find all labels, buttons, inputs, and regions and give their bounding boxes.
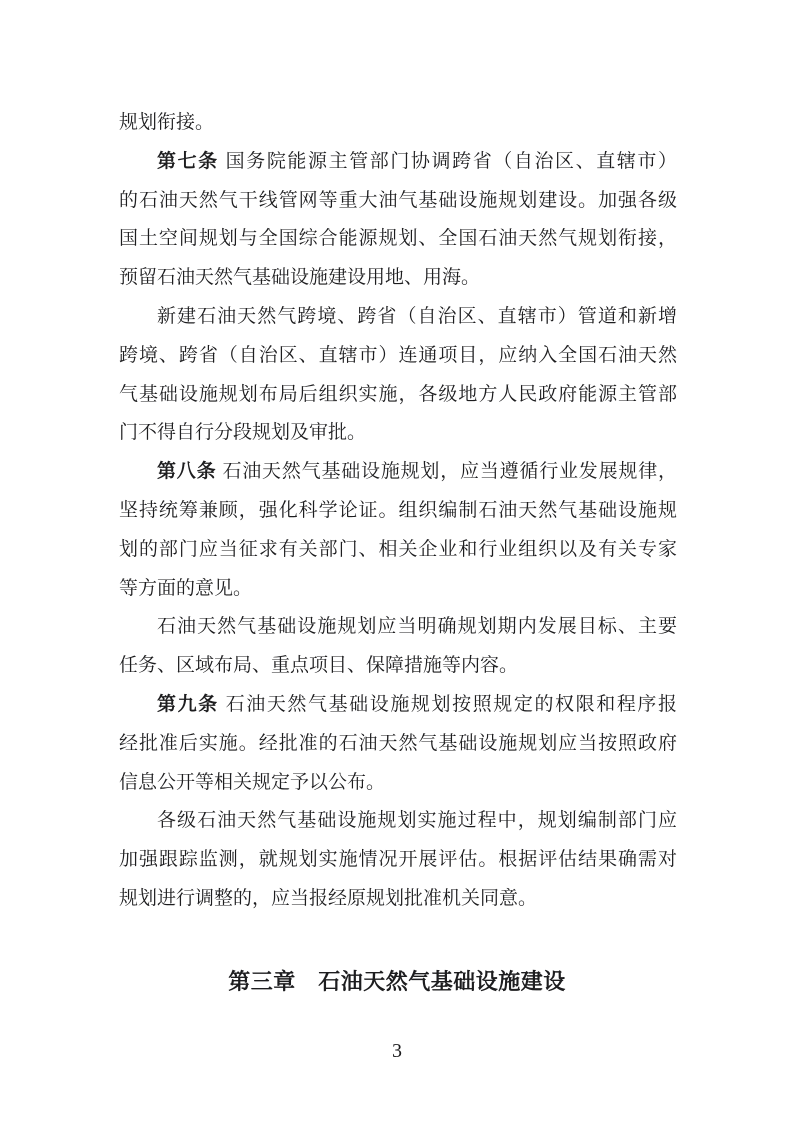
text-line: 第八条 石油天然气基础设施规划，应当遵循行业发展规律， (119, 453, 677, 492)
text-line: 等方面的意见。 (119, 570, 677, 609)
paragraph: 规划衔接。 (119, 104, 677, 143)
text-line: 的石油天然气干线管网等重大油气基础设施规划建设。加强各级 (119, 182, 677, 221)
text-line: 第七条 国务院能源主管部门协调跨省（自治区、直辖市） (119, 143, 677, 182)
paragraph: 石油天然气基础设施规划应当明确规划期内发展目标、主要任务、区域布局、重点项目、保… (119, 608, 677, 686)
text-segment: 新建石油天然气跨境、跨省（自治区、直辖市）管道和新增 (157, 306, 677, 327)
article-number: 第九条 (157, 694, 226, 715)
text-segment: 信息公开等相关规定予以公布。 (119, 772, 385, 793)
text-segment: 石油天然气基础设施规划应当明确规划期内发展目标、主要 (157, 616, 677, 637)
text-line: 规划衔接。 (119, 104, 677, 143)
chapter-heading: 第三章 石油天然气基础设施建设 (0, 962, 794, 1002)
text-line: 信息公开等相关规定予以公布。 (119, 764, 677, 803)
text-line: 任务、区域布局、重点项目、保障措施等内容。 (119, 647, 677, 686)
text-segment: 各级石油天然气基础设施规划实施过程中，规划编制部门应 (157, 810, 677, 831)
text-segment: 预留石油天然气基础设施建设用地、用海。 (119, 267, 480, 288)
text-segment: 国务院能源主管部门协调跨省（自治区、直辖市） (226, 151, 677, 172)
text-line: 划的部门应当征求有关部门、相关企业和行业组织以及有关专家 (119, 531, 677, 570)
text-line: 预留石油天然气基础设施建设用地、用海。 (119, 259, 677, 298)
text-segment: 石油天然气基础设施规划按照规定的权限和程序报 (226, 694, 677, 715)
text-line: 跨境、跨省（自治区、直辖市）连通项目，应纳入全国石油天然 (119, 337, 677, 376)
text-line: 加强跟踪监测，就规划实施情况开展评估。根据评估结果确需对 (119, 841, 677, 880)
paragraph: 新建石油天然气跨境、跨省（自治区、直辖市）管道和新增跨境、跨省（自治区、直辖市）… (119, 298, 677, 453)
page-number: 3 (0, 1036, 794, 1066)
paragraph: 第七条 国务院能源主管部门协调跨省（自治区、直辖市）的石油天然气干线管网等重大油… (119, 143, 677, 298)
article-number: 第八条 (157, 461, 222, 482)
text-segment: 划的部门应当征求有关部门、相关企业和行业组织以及有关专家 (119, 539, 677, 560)
text-segment: 经批准后实施。经批准的石油天然气基础设施规划应当按照政府 (119, 733, 677, 754)
text-segment: 规划衔接。 (119, 112, 214, 133)
text-segment: 门不得自行分段规划及审批。 (119, 422, 366, 443)
text-line: 石油天然气基础设施规划应当明确规划期内发展目标、主要 (119, 608, 677, 647)
text-segment: 等方面的意见。 (119, 578, 252, 599)
text-segment: 任务、区域布局、重点项目、保障措施等内容。 (119, 655, 518, 676)
text-segment: 的石油天然气干线管网等重大油气基础设施规划建设。加强各级 (119, 190, 677, 211)
text-segment: 跨境、跨省（自治区、直辖市）连通项目，应纳入全国石油天然 (119, 345, 677, 366)
text-line: 第九条 石油天然气基础设施规划按照规定的权限和程序报 (119, 686, 677, 725)
text-line: 规划进行调整的，应当报经原规划批准机关同意。 (119, 880, 677, 919)
text-segment: 气基础设施规划布局后组织实施，各级地方人民政府能源主管部 (119, 384, 677, 405)
paragraph: 第八条 石油天然气基础设施规划，应当遵循行业发展规律，坚持统筹兼顾，强化科学论证… (119, 453, 677, 608)
document-page: 规划衔接。第七条 国务院能源主管部门协调跨省（自治区、直辖市）的石油天然气干线管… (0, 0, 794, 1123)
text-segment: 规划进行调整的，应当报经原规划批准机关同意。 (119, 888, 537, 909)
text-line: 新建石油天然气跨境、跨省（自治区、直辖市）管道和新增 (119, 298, 677, 337)
text-line: 国土空间规划与全国综合能源规划、全国石油天然气规划衔接， (119, 220, 677, 259)
text-line: 门不得自行分段规划及审批。 (119, 414, 677, 453)
text-segment: 加强跟踪监测，就规划实施情况开展评估。根据评估结果确需对 (119, 849, 677, 870)
text-segment: 国土空间规划与全国综合能源规划、全国石油天然气规划衔接， (119, 228, 677, 249)
text-segment: 石油天然气基础设施规划，应当遵循行业发展规律， (222, 461, 677, 482)
article-number: 第七条 (157, 151, 226, 172)
text-segment: 坚持统筹兼顾，强化科学论证。组织编制石油天然气基础设施规 (119, 500, 677, 521)
text-line: 经批准后实施。经批准的石油天然气基础设施规划应当按照政府 (119, 725, 677, 764)
document-body: 规划衔接。第七条 国务院能源主管部门协调跨省（自治区、直辖市）的石油天然气干线管… (119, 104, 677, 919)
text-line: 气基础设施规划布局后组织实施，各级地方人民政府能源主管部 (119, 376, 677, 415)
paragraph: 各级石油天然气基础设施规划实施过程中，规划编制部门应加强跟踪监测，就规划实施情况… (119, 802, 677, 918)
text-line: 坚持统筹兼顾，强化科学论证。组织编制石油天然气基础设施规 (119, 492, 677, 531)
paragraph: 第九条 石油天然气基础设施规划按照规定的权限和程序报经批准后实施。经批准的石油天… (119, 686, 677, 802)
text-line: 各级石油天然气基础设施规划实施过程中，规划编制部门应 (119, 802, 677, 841)
